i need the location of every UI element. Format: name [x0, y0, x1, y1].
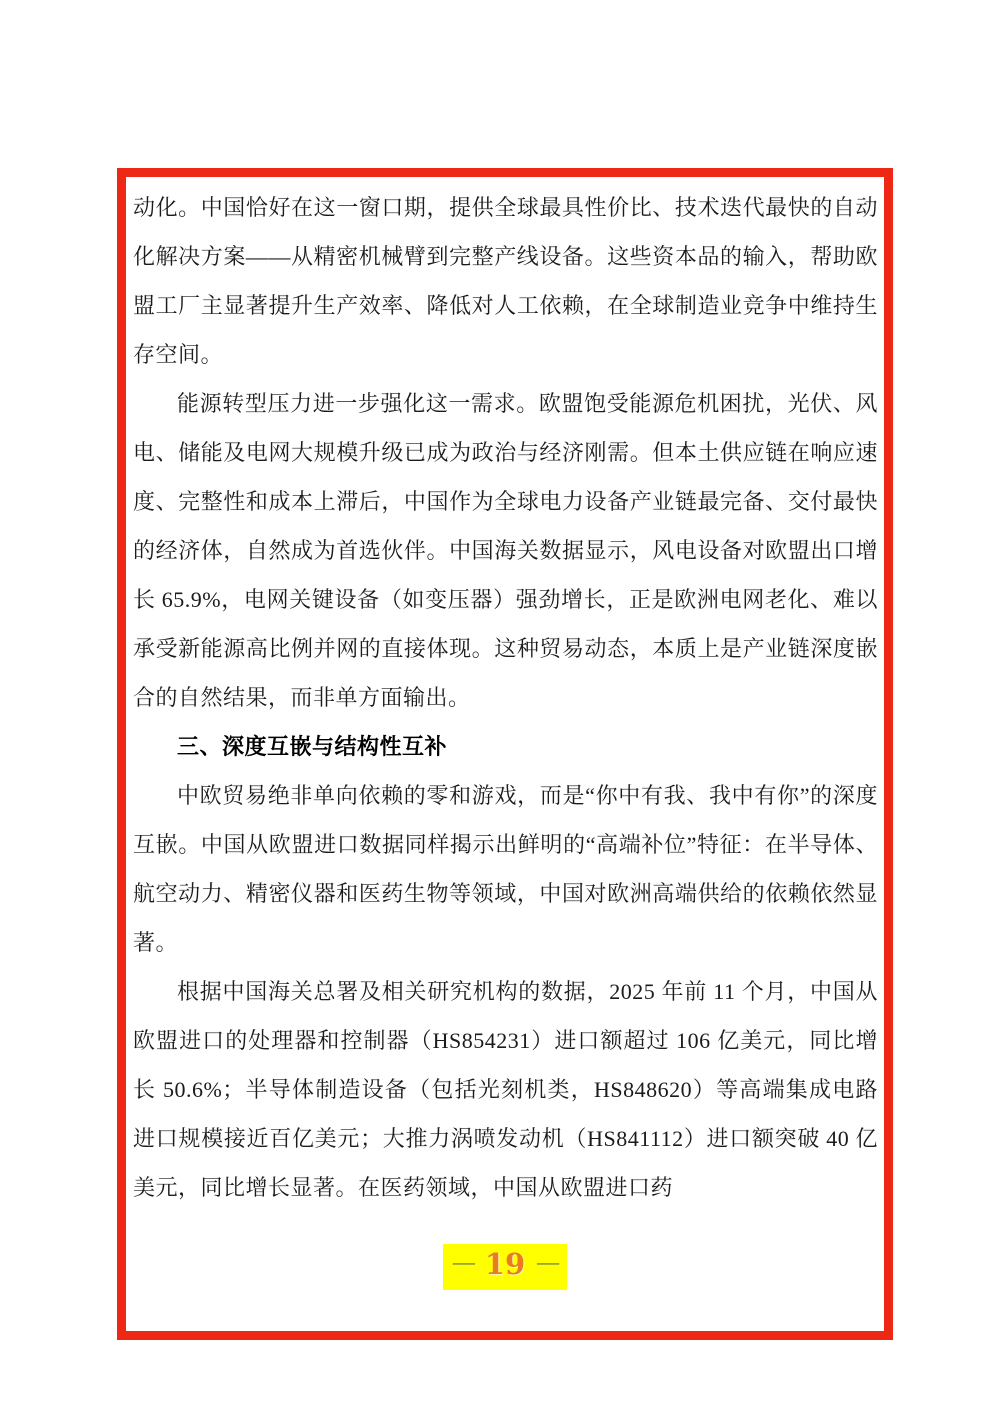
section-heading-three: 三、深度互嵌与结构性互补 — [133, 722, 878, 771]
paragraph-energy-transition: 能源转型压力进一步强化这一需求。欧盟饱受能源危机困扰，光伏、风电、储能及电网大规… — [133, 379, 878, 722]
page-footer: — 19 — — [126, 1244, 884, 1290]
document-page: 动化。中国恰好在这一窗口期，提供全球最具性价比、技术迭代最快的自动化解决方案——… — [0, 0, 1000, 1414]
page-number: 19 — [485, 1247, 525, 1281]
paragraph-automation-capital-goods: 动化。中国恰好在这一窗口期，提供全球最具性价比、技术迭代最快的自动化解决方案——… — [133, 183, 878, 379]
page-number-highlight: — 19 — — [443, 1244, 567, 1290]
paragraph-customs-import-data: 根据中国海关总署及相关研究机构的数据，2025 年前 11 个月，中国从欧盟进口… — [133, 967, 878, 1212]
page-content: 动化。中国恰好在这一窗口期，提供全球最具性价比、技术迭代最快的自动化解决方案——… — [133, 183, 878, 1212]
page-border-frame: 动化。中国恰好在这一窗口期，提供全球最具性价比、技术迭代最快的自动化解决方案——… — [117, 168, 893, 1340]
paragraph-mutual-embedding: 中欧贸易绝非单向依赖的零和游戏，而是“你中有我、我中有你”的深度互嵌。中国从欧盟… — [133, 771, 878, 967]
footer-dash-left: — — [453, 1249, 473, 1274]
footer-dash-right: — — [537, 1249, 557, 1274]
